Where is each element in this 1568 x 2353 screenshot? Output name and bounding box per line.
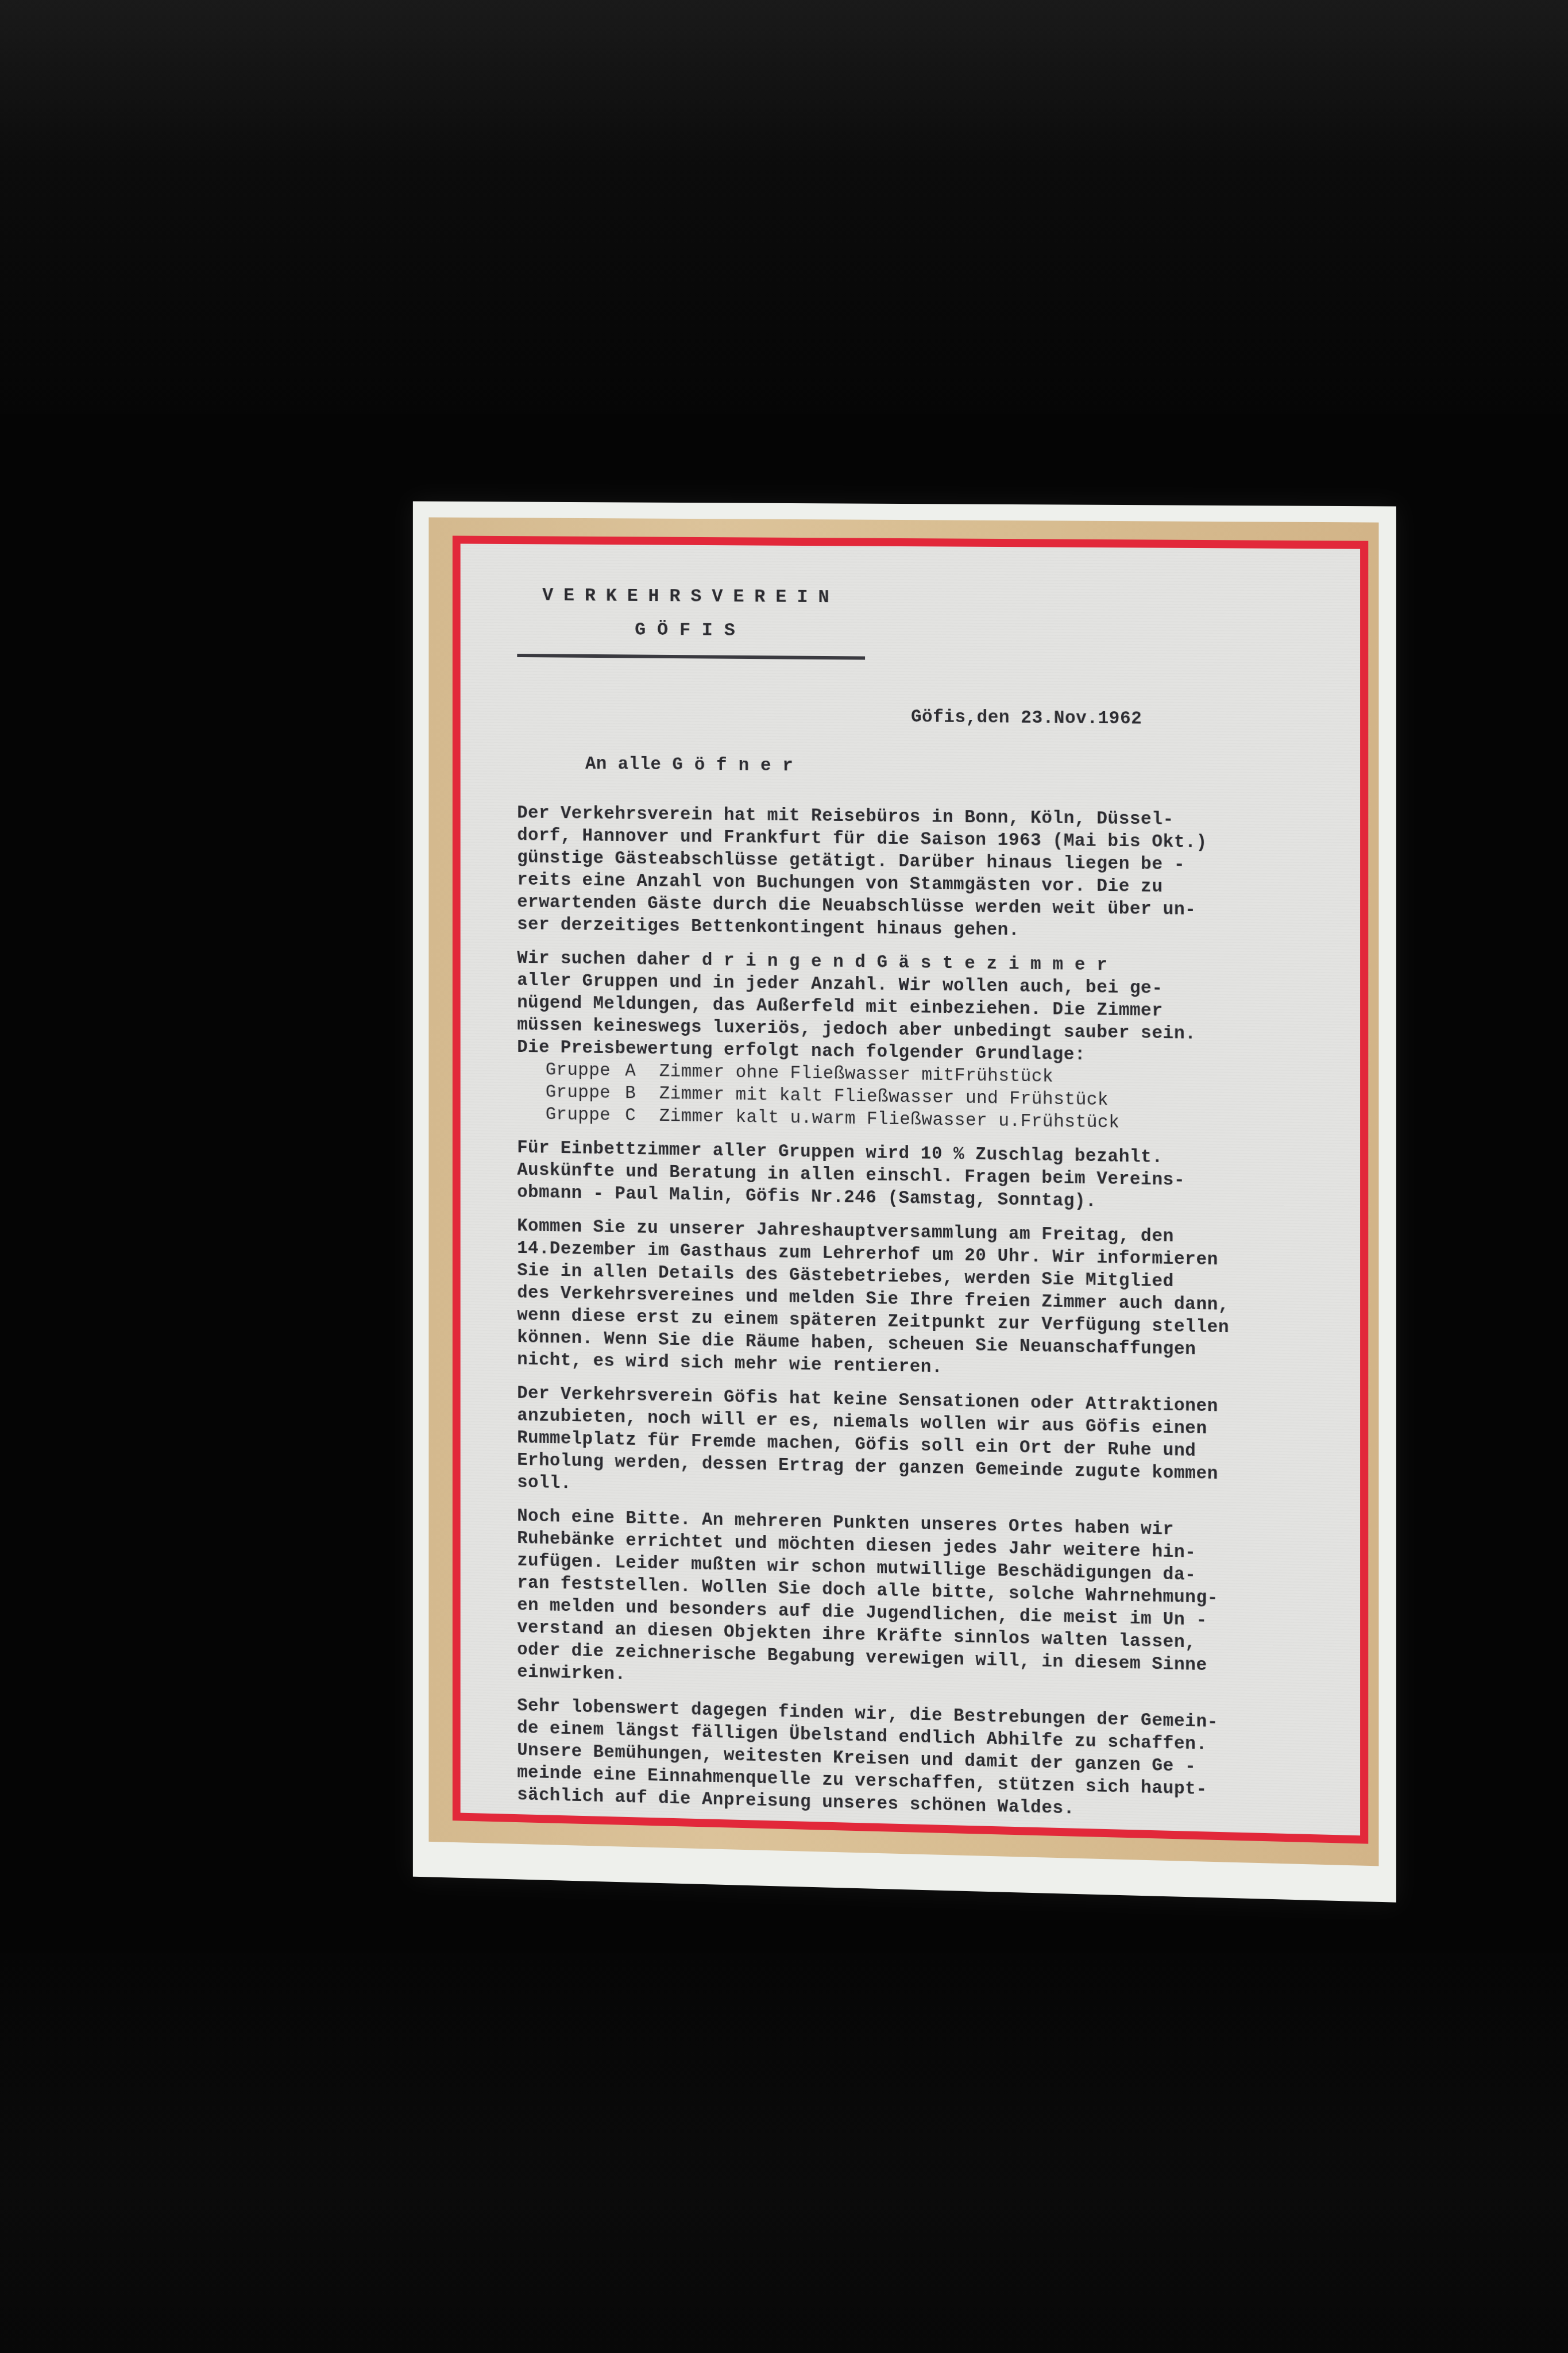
typewritten-letter: VERKEHRSVEREIN GÖFIS Göfis,den 23.Nov.19…	[461, 544, 1360, 1836]
group-label: Gruppe	[546, 1104, 625, 1127]
salutation-name: Göfner	[672, 755, 804, 776]
paragraph-benches-request: Noch eine Bitte. An mehreren Punkten uns…	[517, 1505, 1325, 1702]
letterhead-underline	[517, 654, 865, 660]
paragraph-annual-meeting: Kommen Sie zu unserer Jahreshauptversamm…	[517, 1215, 1325, 1386]
place-date: Göfis,den 23.Nov.1962	[911, 706, 1325, 732]
letterhead: VERKEHRSVEREIN GÖFIS	[517, 584, 865, 660]
group-label: Gruppe	[546, 1059, 625, 1083]
group-letter: C	[625, 1105, 659, 1128]
group-letter: A	[625, 1060, 659, 1083]
room-floor	[0, 1953, 1568, 2353]
red-border-frame: VERKEHRSVEREIN GÖFIS Göfis,den 23.Nov.19…	[453, 536, 1368, 1844]
paragraph-forest: Sehr lobenswert dagegen finden wir, die …	[517, 1695, 1325, 1826]
paragraph-no-attractions: Der Verkehrsverein Göfis hat keine Sensa…	[517, 1383, 1325, 1511]
salutation: An alle Göfner	[585, 753, 1325, 782]
letterhead-town: GÖFIS	[517, 618, 865, 642]
salutation-prefix: An alle	[585, 754, 662, 775]
group-label: Gruppe	[546, 1081, 625, 1105]
paragraph-surcharge: Für Einbettzimmer aller Gruppen wird 10 …	[517, 1137, 1325, 1217]
projected-slide: VERKEHRSVEREIN GÖFIS Göfis,den 23.Nov.19…	[413, 502, 1396, 1903]
price-groups-list: Gruppe A Zimmer ohne Fließwasser mitFrüh…	[546, 1059, 1326, 1137]
paragraph-rooms-wanted: Wir suchen daher d r i n g e n d G ä s t…	[517, 947, 1325, 1070]
paragraph-bookings: Der Verkehrsverein hat mit Reisebüros in…	[517, 802, 1325, 945]
room-ceiling	[0, 0, 1568, 414]
letterhead-org: VERKEHRSVEREIN	[517, 584, 865, 609]
group-letter: B	[625, 1082, 659, 1105]
